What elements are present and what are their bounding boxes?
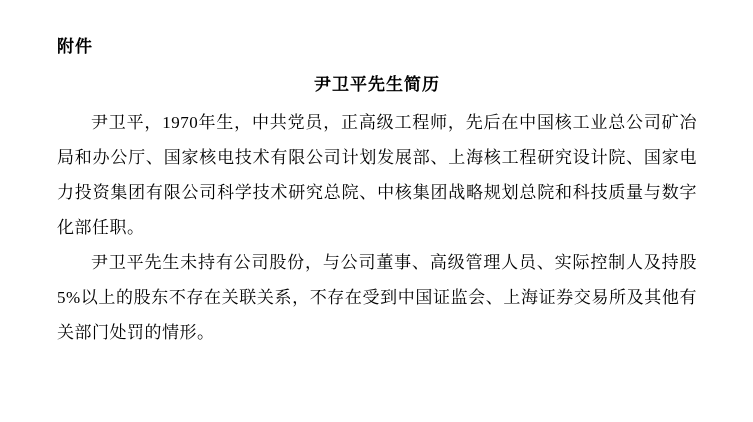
document-page: 附件 尹卫平先生简历 尹卫平，1970年生，中共党员，正高级工程师，先后在中国核… bbox=[0, 0, 753, 422]
document-title: 尹卫平先生简历 bbox=[57, 74, 697, 96]
attachment-label: 附件 bbox=[57, 36, 697, 58]
paragraph-shareholding-statement: 尹卫平先生未持有公司股份，与公司董事、高级管理人员、实际控制人及持股5%以上的股… bbox=[57, 245, 697, 350]
document-body: 尹卫平，1970年生，中共党员，正高级工程师，先后在中国核工业总公司矿冶局和办公… bbox=[57, 105, 697, 350]
paragraph-career-history: 尹卫平，1970年生，中共党员，正高级工程师，先后在中国核工业总公司矿冶局和办公… bbox=[57, 105, 697, 245]
